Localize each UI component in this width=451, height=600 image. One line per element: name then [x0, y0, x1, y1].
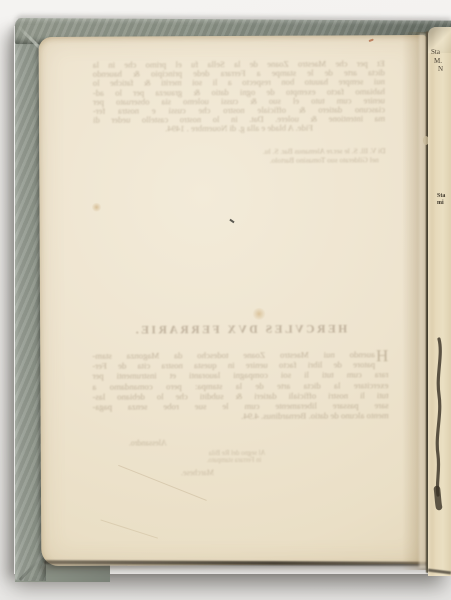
- show-through-signature: Alessandro.: [129, 438, 167, 447]
- gutter-highlight: [419, 34, 426, 568]
- show-through-paragraph-middle: HERCVLES DVX FERRARIE. Hauendo nui Maest…: [92, 323, 389, 422]
- recto-leaf-sliver: Sta M. N Sta mi: [428, 27, 451, 576]
- red-ink-speck: [368, 38, 373, 42]
- ink-speck: [230, 219, 235, 223]
- page-bottom-soft-shadow: [40, 565, 432, 575]
- show-through-signature: Marchese.: [181, 468, 214, 477]
- foxing-stain: [91, 203, 101, 212]
- show-through-subscription-lines: Di V. Ill. S. le ser.re Alemanus Bar. S.…: [244, 146, 404, 165]
- show-through-paragraph-body: Hauendo nui Maestro Zoane todescho da Ma…: [92, 349, 388, 422]
- paper-crease: [100, 519, 157, 538]
- show-through-line: mento alcuno de datio. Bernardinus. 4.94…: [93, 410, 389, 422]
- recto-woodcut-illustration-stroke: [428, 27, 451, 576]
- show-through-line: Fide. A blade e alla g. di Nouembre . 14…: [93, 124, 385, 135]
- show-through-line: nel Gilderato suo Tomasino Bartolo.: [244, 155, 404, 165]
- show-through-paragraph-top: Et per che Maestro Zoane de la Sella fu …: [93, 59, 385, 134]
- foxing-stain: [252, 308, 266, 320]
- show-through-heading: HERCVLES DVX FERRARIE.: [92, 323, 388, 337]
- blank-verso-page: Et per che Maestro Zoane de la Sella fu …: [39, 35, 430, 566]
- show-through-colophon-line: in Ferrara stampato.: [207, 457, 262, 464]
- show-through-line: Di V. Ill. S. le ser.re Alemanus Bar. S.…: [244, 146, 404, 156]
